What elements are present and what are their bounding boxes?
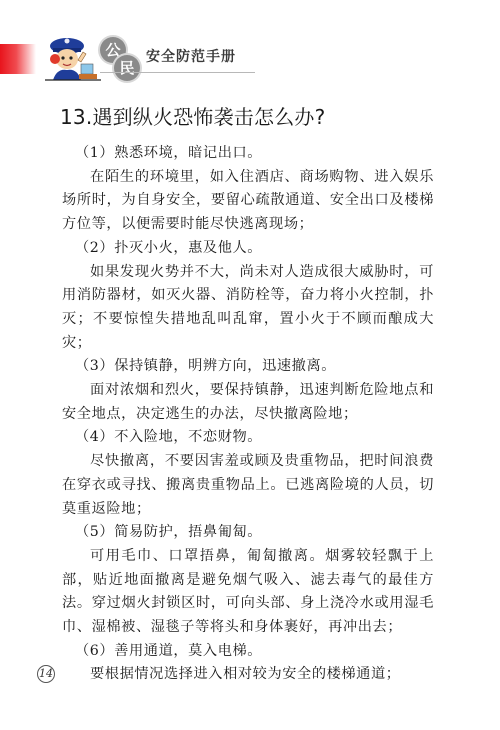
page-number: 14	[37, 665, 55, 683]
section-2-heading: （2）扑灭小火，惠及他人。	[62, 237, 434, 261]
red-accent-bar	[0, 44, 36, 74]
book-title: 安全防范手册	[146, 46, 236, 66]
section-4-body: 尽快撤离，不要因害羞或顾及贵重物品，把时间浪费在穿衣或寻找、搬离贵重物品上。已逃…	[62, 450, 434, 521]
page-title: 13.遇到纵火恐怖袭击怎么办?	[60, 101, 325, 130]
page-header: 公 民 安全防范手册	[0, 30, 500, 86]
section-5-heading: （5）简易防护，捂鼻匍匐。	[62, 521, 434, 545]
police-mascot-icon	[45, 34, 101, 82]
section-3-body: 面对浓烟和烈火，要保持镇静，迅速判断危险地点和安全地点，决定逃生的办法，尽快撤离…	[62, 379, 434, 426]
section-4-heading: （4）不入险地，不恋财物。	[62, 426, 434, 450]
article-body: （1）熟悉环境，暗记出口。 在陌生的环境里，如入住酒店、商场购物、进入娱乐场所时…	[62, 142, 434, 687]
section-6-heading: （6）善用通道，莫入电梯。	[62, 640, 434, 664]
section-6-body: 要根据情况选择进入相对较为安全的楼梯通道；	[62, 663, 434, 687]
badge-min: 民	[114, 55, 140, 81]
section-1-body: 在陌生的环境里，如入住酒店、商场购物、进入娱乐场所时，为自身安全，要留心疏散通道…	[62, 166, 434, 237]
section-5-body: 可用毛巾、口罩捂鼻，匍匐撤离。烟雾较轻飘于上部，贴近地面撤离是避免烟气吸入、滤去…	[62, 545, 434, 640]
header-divider	[100, 72, 255, 73]
section-1-heading: （1）熟悉环境，暗记出口。	[62, 142, 434, 166]
section-2-body: 如果发现火势并不大，尚未对人造成很大威胁时，可用消防器材，如灭火器、消防栓等，奋…	[62, 261, 434, 356]
section-3-heading: （3）保持镇静，明辨方向，迅速撤离。	[62, 355, 434, 379]
